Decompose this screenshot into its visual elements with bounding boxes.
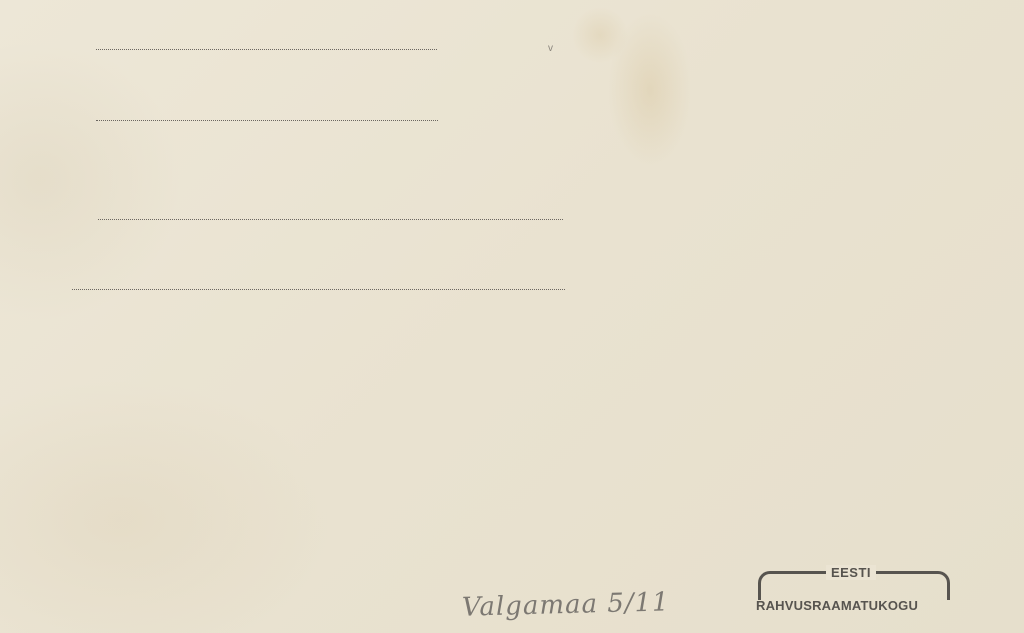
address-line-3 — [98, 219, 563, 220]
address-line-2 — [96, 120, 438, 121]
handwritten-note: Valgamaa 5/11 — [462, 587, 670, 622]
library-stamp: EESTI RAHVUSRAAMATUKOGU — [754, 562, 948, 618]
postcard-back: v Valgamaa 5/11 EESTI RAHVUSRAAMATUKOGU — [0, 0, 1024, 633]
small-v-mark: v — [548, 44, 553, 54]
address-line-4 — [72, 289, 565, 290]
stamp-bottom-text: RAHVUSRAAMATUKOGU — [756, 598, 918, 613]
stamp-top-text: EESTI — [826, 565, 876, 580]
address-line-1 — [96, 49, 437, 50]
